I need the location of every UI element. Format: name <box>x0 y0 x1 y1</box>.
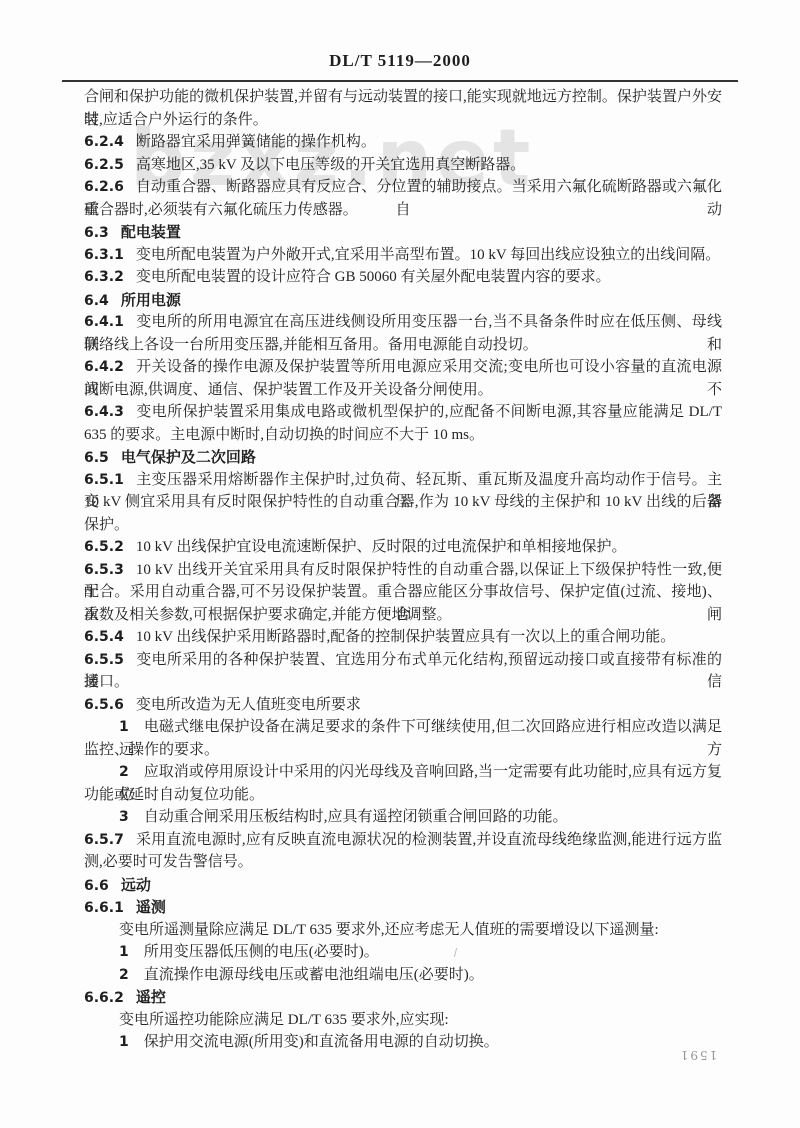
doc-line-6.3.1: 6.3.1变电所配电装置为户外敞开式,宜采用半高型布置。10 kV 每回出线应设… <box>84 244 722 267</box>
clause-text: 遥测 <box>136 898 166 916</box>
doc-line-6.2.4: 6.2.4断路器宜采用弹簧储能的操作机构。 <box>84 131 722 154</box>
scanned-standard-page: DL/T 5119—2000 bzxz.net 合闸和保护功能的微机保护装置,并… <box>0 0 800 1128</box>
document-body: 合闸和保护功能的微机保护装置,并留有与远动装置的接口,能实现就地远方控制。保护装… <box>84 86 722 1054</box>
clause-number: 6.6.1 <box>84 900 124 916</box>
doc-line: 变电所遥测量除应满足 DL/T 635 要求外,还应考虑无人值班的需要增设以下遥… <box>84 919 722 942</box>
clause-number: 6.5.7 <box>84 832 124 848</box>
clause-text: 变电所改造为无人值班变电所要求 <box>136 697 361 713</box>
clause-text: 变电所保护装置采用集成电路或微机型保护的,应配备不间断电源,其容量应能满足 DL… <box>136 404 722 420</box>
clause-text: 联络线上各设一台所用变压器,并能相互备用。备用电源能自动投切。 <box>84 337 538 353</box>
doc-line-6.5.5: 6.5.5变电所采用的各种保护装置、宜选用分布式单元化结构,预留远动接口或直接带… <box>84 649 722 672</box>
doc-line: 功能或延时自动复位功能。 <box>84 784 722 807</box>
clause-number: 3 <box>119 809 129 825</box>
clause-number: 6.5.3 <box>84 562 124 578</box>
doc-line-6.5.7: 6.5.7采用直流电源时,应有反映直流电源状况的检测装置,并设直流母线绝缘监测,… <box>84 829 722 852</box>
clause-text: 变电所配电装置为户外敞开式,宜采用半高型布置。10 kV 每回出线应设独立的出线… <box>136 247 720 263</box>
doc-line: 合闸和保护功能的微机保护装置,并留有与远动装置的接口,能实现就地远方控制。保护装… <box>84 86 722 109</box>
clause-number: 1 <box>119 1034 129 1050</box>
clause-number: 6.5.6 <box>84 697 124 713</box>
clause-number: 6.5.5 <box>84 652 124 668</box>
doc-line: 635 的要求。主电源中断时,自动切换的时间应不大于 10 ms。 <box>84 424 722 447</box>
clause-text: 保护用交流电源(所用变)和直流备用电源的自动切换。 <box>144 1034 499 1050</box>
clause-text: 遥控 <box>136 988 166 1006</box>
clause-number: 1 <box>119 944 129 960</box>
clause-text: 测,必要时可发告警信号。 <box>84 854 253 870</box>
clause-text: 时,应适合户外运行的条件。 <box>84 112 268 128</box>
clause-text: 监控、操作的要求。 <box>84 742 219 758</box>
clause-number: 1 <box>119 719 129 735</box>
clause-number: 6.5.2 <box>84 539 124 555</box>
clause-text: 电气保护及二次回路 <box>121 448 256 466</box>
clause-text: 直流操作电源母线电压或蓄电池组端电压(必要时)。 <box>144 967 484 983</box>
clause-text: 所用变压器低压侧的电压(必要时)。 <box>144 944 379 960</box>
clause-number: 2 <box>119 764 129 780</box>
doc-line-6.5.2: 6.5.210 kV 出线保护宜设电流速断保护、反时限的过电流保护和单相接地保护… <box>84 536 722 559</box>
clause-number: 2 <box>119 967 129 983</box>
doc-line-6.6.1: 6.6.1遥测 <box>84 896 722 919</box>
clause-number: 6.4 <box>84 293 109 309</box>
doc-line-6.4.3: 6.4.3变电所保护装置采用集成电路或微机型保护的,应配备不间断电源,其容量应能… <box>84 401 722 424</box>
clause-text: 自动重合闸采用压板结构时,应具有遥控闭锁重合闸回路的功能。 <box>144 809 568 825</box>
clause-number: 6.6.2 <box>84 990 124 1006</box>
doc-line-6.5.1: 6.5.1主变压器采用熔断器作主保护时,过负荷、轻瓦斯、重瓦斯及温度升高均动作于… <box>84 469 722 492</box>
clause-number: 6.4.3 <box>84 404 124 420</box>
clause-text: 断路器宜采用弹簧储能的操作机构。 <box>136 134 376 150</box>
header-divider-line <box>62 80 738 82</box>
clause-text: 变电所遥测量除应满足 DL/T 635 要求外,还应考虑无人值班的需要增设以下遥… <box>119 922 659 938</box>
clause-text: 10 kV 出线保护宜设电流速断保护、反时限的过电流保护和单相接地保护。 <box>136 539 627 555</box>
doc-line-6.3: 6.3配电装置 <box>84 221 722 244</box>
doc-line-6.6.2: 6.6.2遥控 <box>84 986 722 1009</box>
doc-line-2: 2直流操作电源母线电压或蓄电池组端电压(必要时)。 <box>84 964 722 987</box>
doc-line-1: 1保护用交流电源(所用变)和直流备用电源的自动切换。 <box>84 1031 722 1054</box>
clause-text: 10 kV 侧宜采用具有反时限保护特性的自动重合器,作为 10 kV 母线的主保… <box>84 494 722 510</box>
doc-line: 时,应适合户外运行的条件。 <box>84 109 722 132</box>
clause-text: 接口。 <box>84 674 129 690</box>
doc-line-6.5.6: 6.5.6变电所改造为无人值班变电所要求 <box>84 694 722 717</box>
clause-number: 6.6 <box>84 878 109 894</box>
clause-text: 10 kV 出线保护采用断路器时,配备的控制保护装置应具有一次以上的重合闸功能。 <box>136 629 675 645</box>
clause-text: 635 的要求。主电源中断时,自动切换的时间应不大于 10 ms。 <box>84 427 484 443</box>
clause-number: 6.2.5 <box>84 157 124 173</box>
doc-line-6.5.3: 6.5.310 kV 出线开关宜采用具有反时限保护特性的自动重合器,以保证上下级… <box>84 559 722 582</box>
doc-line: 保护。 <box>84 514 722 537</box>
doc-line-1: 1所用变压器低压侧的电压(必要时)。 <box>84 941 722 964</box>
doc-line-6.4.1: 6.4.1变电所的所用电源宜在高压进线侧设所用变压器一台,当不具备条件时应在低压… <box>84 311 722 334</box>
clause-text: 功能或延时自动复位功能。 <box>84 787 264 803</box>
clause-number: 6.5 <box>84 450 109 466</box>
clause-number: 6.5.1 <box>84 472 124 488</box>
doc-line-2: 2应取消或停用原设计中采用的闪光母线及音响回路,当一定需要有此功能时,应具有远方… <box>84 761 722 784</box>
doc-line: 变电所遥控功能除应满足 DL/T 635 要求外,应实现: <box>84 1009 722 1032</box>
doc-line-6.5.4: 6.5.410 kV 出线保护采用断路器时,配备的控制保护装置应具有一次以上的重… <box>84 626 722 649</box>
clause-text: 变电所采用的各种保护装置、宜选用分布式单元化结构,预留远动接口或直接带有标准的通… <box>84 652 722 691</box>
clause-text: 保护。 <box>84 517 129 533</box>
doc-line-6.4.2: 6.4.2开关设备的操作电源及保护装置等所用电源应采用交流;变电所也可设小容量的… <box>84 356 722 379</box>
clause-text: 次数及相关参数,可根据保护要求确定,并能方便地调整。 <box>84 607 452 623</box>
clause-text: 所用电源 <box>121 291 181 309</box>
doc-line-1: 1电磁式继电保护设备在满足要求的条件下可继续使用,但二次回路应进行相应改造以满足… <box>84 716 722 739</box>
clause-number: 6.4.2 <box>84 359 124 375</box>
doc-line-6.3.2: 6.3.2变电所配电装置的设计应符合 GB 50060 有关屋外配电装置内容的要… <box>84 266 722 289</box>
doc-line: 测,必要时可发告警信号。 <box>84 851 722 874</box>
clause-number: 6.4.1 <box>84 314 124 330</box>
page-header-standard-number: DL/T 5119—2000 <box>0 51 800 71</box>
clause-text: 配电装置 <box>121 223 181 241</box>
doc-line-6.6: 6.6远动 <box>84 874 722 897</box>
clause-text: 高寒地区,35 kV 及以下电压等级的开关宜选用真空断路器。 <box>136 157 525 173</box>
doc-line-3: 3自动重合闸采用压板结构时,应具有遥控闭锁重合闸回路的功能。 <box>84 806 722 829</box>
clause-number: 6.3 <box>84 225 109 241</box>
page-number: 1591 <box>666 1048 730 1062</box>
clause-text: 变电所配电装置的设计应符合 GB 50060 有关屋外配电装置内容的要求。 <box>136 269 611 285</box>
doc-line: 配合。采用自动重合器,可不另设保护装置。重合器应能区分事故信号、保护定值(过流、… <box>84 581 722 604</box>
clause-number: 6.5.4 <box>84 629 124 645</box>
clause-text: 变电所遥控功能除应满足 DL/T 635 要求外,应实现: <box>119 1012 449 1028</box>
clause-number: 6.2.6 <box>84 179 124 195</box>
clause-text: 间断电源,供调度、通信、保护装置工作及开关设备分闸使用。 <box>84 382 493 398</box>
clause-number: 6.3.2 <box>84 269 124 285</box>
clause-text: 采用直流电源时,应有反映直流电源状况的检测装置,并设直流母线绝缘监测,能进行远方… <box>136 832 722 848</box>
clause-text: 远动 <box>121 876 151 894</box>
doc-line-6.2.5: 6.2.5高寒地区,35 kV 及以下电压等级的开关宜选用真空断路器。 <box>84 154 722 177</box>
doc-line-6.5: 6.5电气保护及二次回路 <box>84 446 722 469</box>
doc-line: 10 kV 侧宜采用具有反时限保护特性的自动重合器,作为 10 kV 母线的主保… <box>84 491 722 514</box>
doc-line-6.4: 6.4所用电源 <box>84 289 722 312</box>
clause-number: 6.3.1 <box>84 247 124 263</box>
clause-text: 重合器时,必须装有六氟化硫压力传感器。 <box>84 202 358 218</box>
doc-line-6.2.6: 6.2.6自动重合器、断路器应具有反应合、分位置的辅助接点。当采用六氟化硫断路器… <box>84 176 722 199</box>
clause-number: 6.2.4 <box>84 134 124 150</box>
